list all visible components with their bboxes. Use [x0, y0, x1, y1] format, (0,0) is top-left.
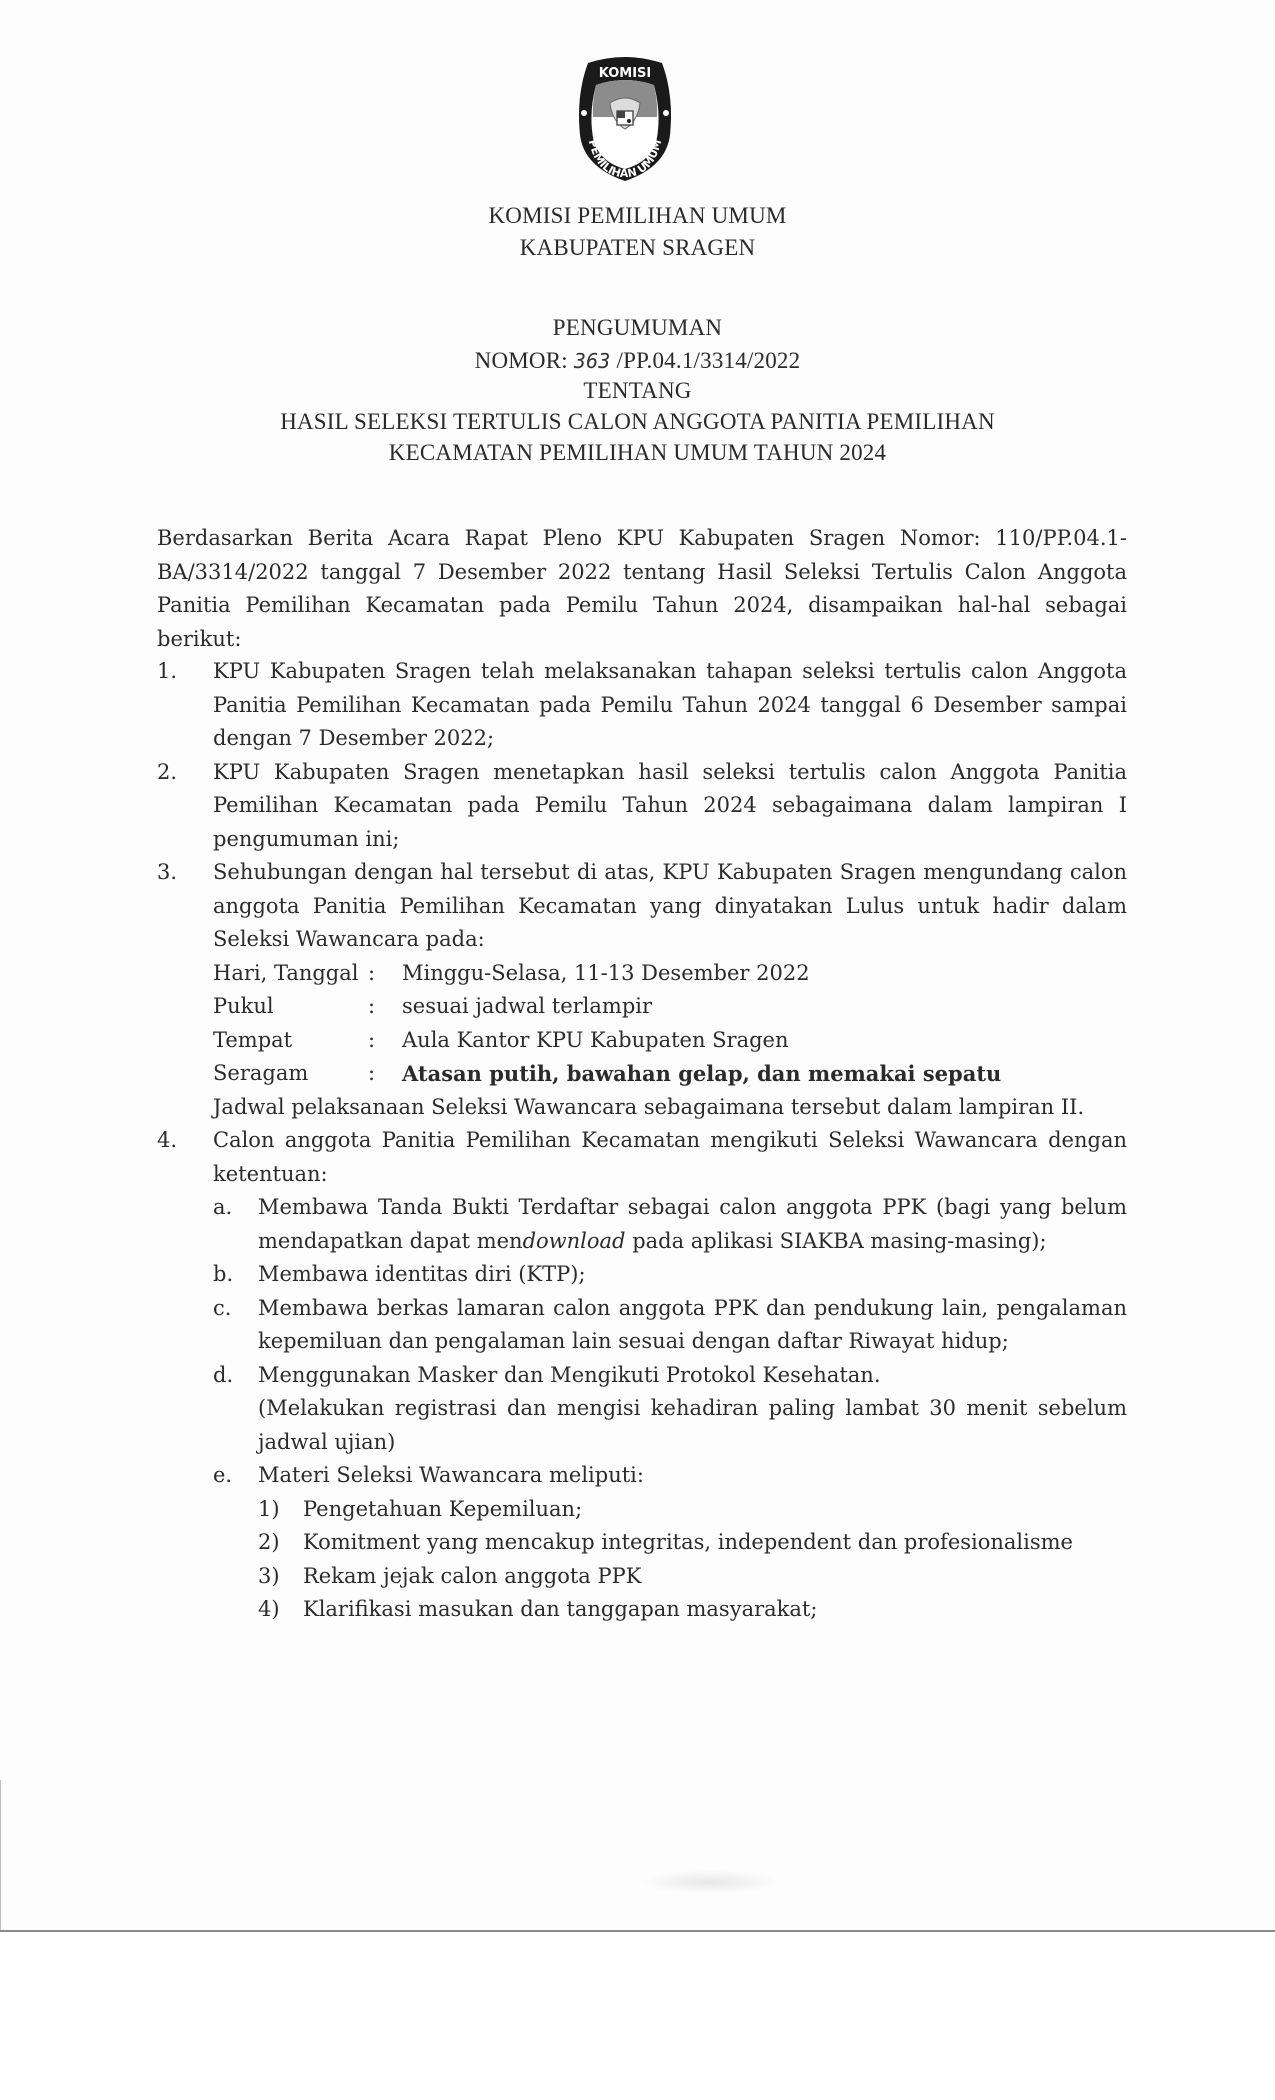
detail-row: Tempat : Aula Kantor KPU Kabupaten Srage…: [213, 1024, 1127, 1058]
topic-text: Klarifikasi masukan dan tanggapan masyar…: [303, 1593, 1127, 1627]
list-item: 3. Sehubungan dengan hal tersebut di ata…: [157, 856, 1127, 1124]
sub-item-letter: d.: [213, 1359, 233, 1393]
list-item: 2. KPU Kabupaten Sragen menetapkan hasil…: [157, 756, 1127, 857]
list-item: 4. Calon anggota Panitia Pemilihan Kecam…: [157, 1124, 1127, 1627]
detail-value: sesuai jadwal terlampir: [402, 990, 652, 1024]
detail-label: Pukul: [213, 990, 368, 1024]
item-number: 3.: [157, 856, 177, 890]
sub-item-letter: c.: [213, 1292, 231, 1326]
tentang-label: TENTANG: [0, 378, 1275, 404]
interview-topics-list: 1) Pengetahuan Kepemiluan; 2) Komitment …: [258, 1493, 1127, 1627]
detail-colon: :: [368, 957, 402, 991]
announcement-number: NOMOR: 363 /PP.04.1/3314/2022: [0, 348, 1275, 374]
italic-term: download: [523, 1229, 626, 1253]
detail-value: Atasan putih, bawahan gelap, dan memakai…: [402, 1057, 1001, 1091]
text-segment: pada aplikasi SIAKBA masing-masing);: [626, 1229, 1047, 1253]
kpu-emblem-icon: KOMISI PEMILIHAN UMUM: [570, 55, 680, 185]
topic-item: 4) Klarifikasi masukan dan tanggapan mas…: [258, 1593, 1127, 1627]
list-item: 1. KPU Kabupaten Sragen telah melaksanak…: [157, 655, 1127, 756]
org-name-line1: KOMISI PEMILIHAN UMUM: [0, 203, 1275, 229]
topic-number: 3): [258, 1560, 280, 1594]
detail-colon: :: [368, 990, 402, 1024]
sub-item: e. Materi Seleksi Wawancara meliputi: 1)…: [213, 1459, 1127, 1627]
detail-label: Hari, Tanggal: [213, 957, 368, 991]
sub-item: d. Menggunakan Masker dan Mengikuti Prot…: [213, 1359, 1127, 1460]
sub-item-letter: e.: [213, 1459, 232, 1493]
item-text: Sehubungan dengan hal tersebut di atas, …: [213, 856, 1127, 957]
intro-paragraph: Berdasarkan Berita Acara Rapat Pleno KPU…: [157, 522, 1127, 656]
topic-text: Pengetahuan Kepemiluan;: [303, 1493, 1127, 1527]
svg-text:KOMISI: KOMISI: [599, 66, 652, 81]
sub-item-text: Materi Seleksi Wawancara meliputi:: [258, 1459, 1127, 1493]
detail-label: Tempat: [213, 1024, 368, 1058]
announcement-label: PENGUMUMAN: [0, 315, 1275, 341]
sub-item-letter: b.: [213, 1258, 233, 1292]
topic-text: Rekam jejak calon anggota PPK: [303, 1560, 1127, 1594]
subject-line2: KECAMATAN PEMILIHAN UMUM TAHUN 2024: [0, 440, 1275, 466]
topic-number: 1): [258, 1493, 280, 1527]
detail-colon: :: [368, 1024, 402, 1058]
schedule-details: Hari, Tanggal : Minggu-Selasa, 11-13 Des…: [213, 957, 1127, 1091]
sub-item-note: (Melakukan registrasi dan mengisi kehadi…: [258, 1392, 1127, 1459]
scan-smudge: [640, 1870, 780, 1894]
detail-label: Seragam: [213, 1057, 368, 1091]
sub-item-text: Menggunakan Masker dan Mengikuti Protoko…: [258, 1359, 1127, 1393]
topic-item: 2) Komitment yang mencakup integritas, i…: [258, 1526, 1127, 1560]
detail-row: Pukul : sesuai jadwal terlampir: [213, 990, 1127, 1024]
scanned-document-page: KOMISI PEMILIHAN UMUM KOMISI PEMILIHAN U…: [0, 0, 1275, 1932]
detail-value: Aula Kantor KPU Kabupaten Sragen: [402, 1024, 789, 1058]
handwritten-number: 363: [574, 349, 611, 373]
item-text: Calon anggota Panitia Pemilihan Kecamata…: [213, 1124, 1127, 1191]
topic-text: Komitment yang mencakup integritas, inde…: [303, 1526, 1127, 1560]
sub-item-text: Membawa Tanda Bukti Terdaftar sebagai ca…: [258, 1191, 1127, 1258]
sub-item-letter: a.: [213, 1191, 232, 1225]
detail-row: Hari, Tanggal : Minggu-Selasa, 11-13 Des…: [213, 957, 1127, 991]
topic-number: 4): [258, 1593, 280, 1627]
requirements-list: a. Membawa Tanda Bukti Terdaftar sebagai…: [213, 1191, 1127, 1627]
item-text: KPU Kabupaten Sragen telah melaksanakan …: [213, 655, 1127, 756]
topic-item: 3) Rekam jejak calon anggota PPK: [258, 1560, 1127, 1594]
subject-line1: HASIL SELEKSI TERTULIS CALON ANGGOTA PAN…: [0, 409, 1275, 435]
sub-item: a. Membawa Tanda Bukti Terdaftar sebagai…: [213, 1191, 1127, 1258]
item-number: 4.: [157, 1124, 177, 1158]
page-edge: [0, 1780, 1, 1930]
sub-item: c. Membawa berkas lamaran calon anggota …: [213, 1292, 1127, 1359]
item-number: 1.: [157, 655, 177, 689]
sub-item: b. Membawa identitas diri (KTP);: [213, 1258, 1127, 1292]
topic-number: 2): [258, 1526, 280, 1560]
item-closing-text: Jadwal pelaksanaan Seleksi Wawancara seb…: [213, 1091, 1127, 1125]
sub-item-text: Membawa berkas lamaran calon anggota PPK…: [258, 1292, 1127, 1359]
nomor-prefix: NOMOR:: [475, 348, 574, 373]
detail-colon: :: [368, 1057, 402, 1091]
org-name-line2: KABUPATEN SRAGEN: [0, 235, 1275, 261]
item-text: KPU Kabupaten Sragen menetapkan hasil se…: [213, 756, 1127, 857]
detail-row: Seragam : Atasan putih, bawahan gelap, d…: [213, 1057, 1127, 1091]
topic-item: 1) Pengetahuan Kepemiluan;: [258, 1493, 1127, 1527]
numbered-list: 1. KPU Kabupaten Sragen telah melaksanak…: [157, 655, 1127, 1627]
sub-item-text: Membawa identitas diri (KTP);: [258, 1258, 1127, 1292]
detail-value: Minggu-Selasa, 11-13 Desember 2022: [402, 957, 810, 991]
item-number: 2.: [157, 756, 177, 790]
nomor-suffix: /PP.04.1/3314/2022: [611, 348, 801, 373]
